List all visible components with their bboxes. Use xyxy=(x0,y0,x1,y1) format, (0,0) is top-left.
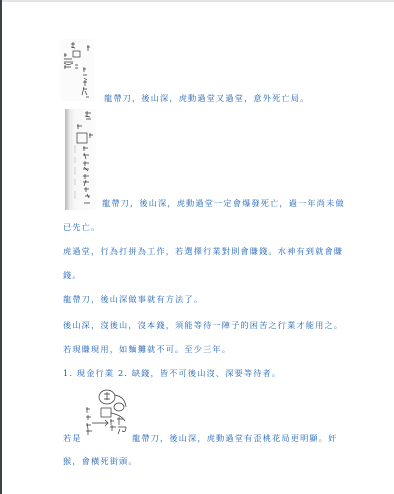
paragraph-8-line-1: 龍帶刀，後山深，虎動過堂有歪桃花局更明顯。奸 xyxy=(132,433,337,443)
paragraph-2-line-1: 龍帶刀，後山深，虎動過堂一定會爆發死亡，過一年尚未做 xyxy=(102,198,345,208)
hand-drawn-diagram-icon xyxy=(84,387,130,440)
paragraph-1: 龍帶刀，後山深，虎動過堂又過堂，意外死亡局。 xyxy=(104,93,309,103)
paragraph-8-prefix: 若是 xyxy=(63,433,82,443)
hand-drawn-chart-icon xyxy=(65,109,96,210)
paragraph-3-line-2: 錢。 xyxy=(63,270,82,280)
sketch-figure-3 xyxy=(84,387,130,440)
paragraph-8-line-2: 猴，會橫死街頭。 xyxy=(63,456,138,466)
paragraph-7: 1. 現金行業 2. 缺錢，皆不可後山沒、深要等待者。 xyxy=(63,368,281,378)
sketch-figure-1 xyxy=(61,39,94,101)
paragraph-6: 若現賺現用，如麵攤就不可。至少三年。 xyxy=(63,344,231,354)
sketch-figure-2 xyxy=(65,109,96,210)
paragraph-2-line-2: 已先亡。 xyxy=(63,222,100,232)
paragraph-4: 龍帶刀，後山深做事就有方法了。 xyxy=(63,294,203,304)
paragraph-5: 後山深，沒後山，沒本錢，須能等待一陣子的困苦之行業才能用之。 xyxy=(63,320,343,330)
document-page: 龍帶刀，後山深，虎動過堂又過堂，意外死亡局。 龍帶刀，後山深，虎動過堂一定會爆發… xyxy=(2,2,394,494)
hand-drawn-chart-icon xyxy=(61,39,94,101)
paragraph-3-line-1: 虎過堂，行為打拼為工作，若選擇行業對則會賺錢。水神有到就會賺 xyxy=(63,246,343,256)
